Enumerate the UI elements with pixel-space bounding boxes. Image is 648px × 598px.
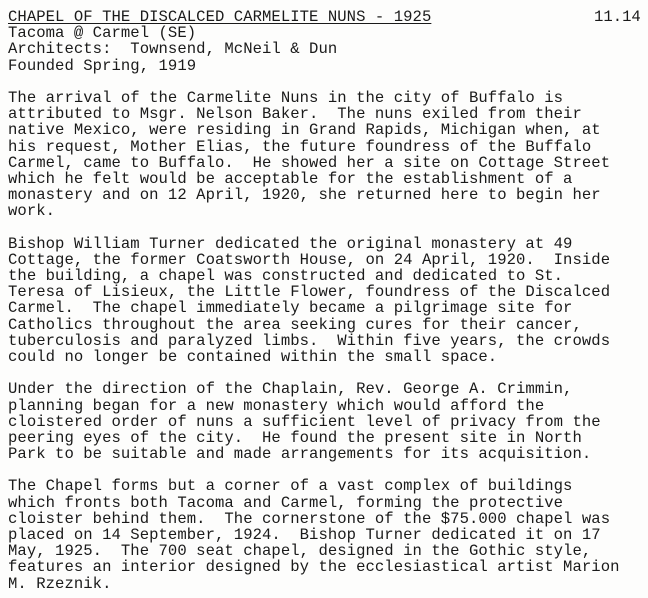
paragraph-line: work. [8, 203, 644, 219]
paragraph-line: the building, a chapel was constructed a… [8, 268, 644, 284]
paragraph-line: cloistered order of nuns a sufficient le… [8, 414, 644, 430]
paragraph-line: Catholics throughout the area seeking cu… [8, 317, 644, 333]
paragraph-line: M. Rzeznik. [8, 576, 644, 592]
spacer [8, 219, 644, 235]
architects-line: Architects: Townsend, McNeil & Dun [8, 41, 644, 57]
paragraph-line: native Mexico, were residing in Grand Ra… [8, 122, 644, 138]
paragraph-line: attributed to Msgr. Nelson Baker. The nu… [8, 106, 644, 122]
paragraph-chapel-complex: The Chapel forms but a corner of a vast … [8, 478, 644, 591]
paragraph-line: Carmel. The chapel immediately became a … [8, 300, 644, 316]
paragraph-line: placed on 14 September, 1924. Bishop Tur… [8, 527, 644, 543]
paragraph-arrival: The arrival of the Carmelite Nuns in the… [8, 90, 644, 220]
paragraph-line: The Chapel forms but a corner of a vast … [8, 478, 644, 494]
paragraph-line: The arrival of the Carmelite Nuns in the… [8, 90, 644, 106]
paragraph-line: planning began for a new monastery which… [8, 398, 644, 414]
paragraph-line: Bishop William Turner dedicated the orig… [8, 236, 644, 252]
paragraph-original-monastery: Bishop William Turner dedicated the orig… [8, 236, 644, 366]
paragraph-line: which he felt would be acceptable for th… [8, 171, 644, 187]
paragraph-line: features an interior designed by the ecc… [8, 559, 644, 575]
paragraph-line: monastery and on 12 April, 1920, she ret… [8, 187, 644, 203]
paragraph-line: which fronts both Tacoma and Carmel, for… [8, 495, 644, 511]
spacer [8, 365, 644, 381]
paragraph-new-monastery: Under the direction of the Chaplain, Rev… [8, 381, 644, 462]
location-line: Tacoma @ Carmel (SE) [8, 25, 644, 41]
paragraph-line: Carmel, came to Buffalo. He showed her a… [8, 155, 644, 171]
paragraph-line: peering eyes of the city. He found the p… [8, 430, 644, 446]
paragraph-line: Cottage, the former Coatsworth House, on… [8, 252, 644, 268]
paragraph-line: tuberculosis and paralyzed limbs. Within… [8, 333, 644, 349]
paragraph-line: Park to be suitable and made arrangement… [8, 446, 644, 462]
spacer [8, 462, 644, 478]
paragraph-line: Under the direction of the Chaplain, Rev… [8, 381, 644, 397]
spacer [8, 74, 644, 90]
paragraph-line: May, 1925. The 700 seat chapel, designed… [8, 543, 644, 559]
document-page: CHAPEL OF THE DISCALCED CARMELITE NUNS -… [8, 9, 644, 592]
paragraph-line: could no longer be contained within the … [8, 349, 644, 365]
paragraph-line: Teresa of Lisieux, the Little Flower, fo… [8, 284, 644, 300]
paragraph-line: his request, Mother Elias, the future fo… [8, 139, 644, 155]
founded-line: Founded Spring, 1919 [8, 58, 644, 74]
paragraph-line: cloister behind them. The cornerstone of… [8, 511, 644, 527]
document-title: CHAPEL OF THE DISCALCED CARMELITE NUNS -… [8, 9, 644, 25]
